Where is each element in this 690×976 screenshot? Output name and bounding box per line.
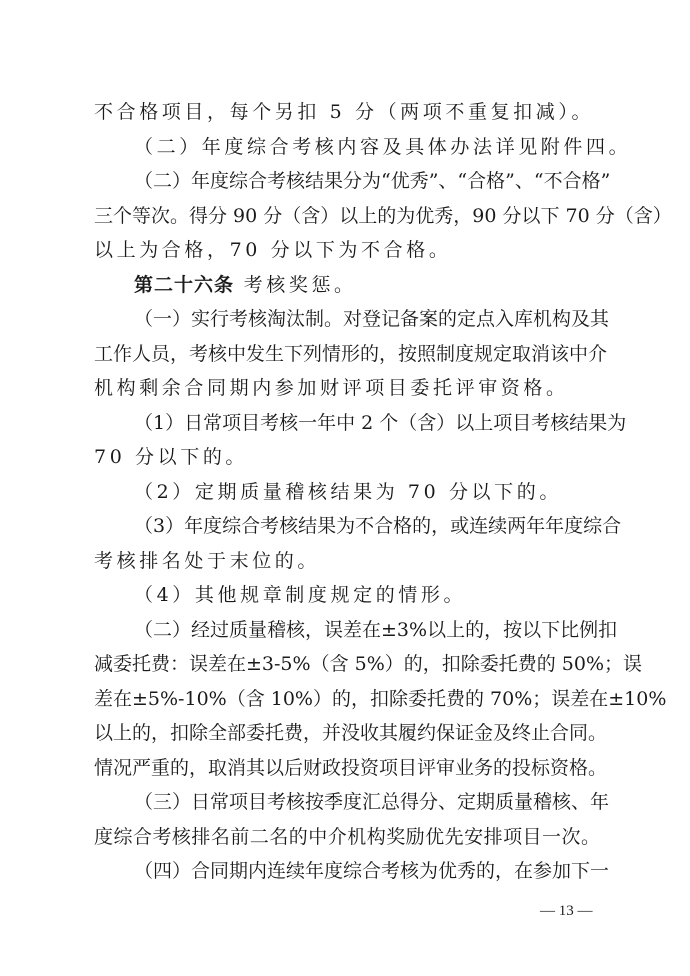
text-line: （四）合同期内连续年度综合考核为优秀的，在参加下一 [134, 856, 600, 886]
line-text: 差在±5%-10%（含 10%）的，扣除委托费的 70%；误差在±10% [94, 688, 666, 710]
article-heading-line: 第二十六条 考核奖惩。 [134, 270, 357, 300]
line-text: 情况严重的，取消其以后财政投资项目评审业务的投标资格。 [94, 757, 607, 779]
text-line: （2）定期质量稽核结果为 70 分以下的。 [134, 477, 562, 507]
line-text: （三）日常项目考核按季度汇总得分、定期质量稽核、年 [134, 791, 609, 813]
line-text: 70 分以下的。 [94, 446, 248, 468]
line-text: 三个等次。得分 90 分（含）以上的为优秀，90 分以下 70 分（含） [94, 205, 672, 227]
line-text: 考核奖惩。 [234, 274, 357, 296]
text-line: （三）日常项目考核按季度汇总得分、定期质量稽核、年 [134, 787, 600, 817]
line-text: 以上的，扣除全部委托费，并没收其履约保证金及终止合同。 [94, 722, 607, 744]
text-line: 不合格项目，每个另扣 5 分（两项不重复扣减）。 [94, 97, 594, 127]
line-text: （一）实行考核淘汰制。对登记备案的定点入库机构及其 [134, 308, 609, 330]
article-number: 第二十六条 [134, 274, 234, 296]
line-text: 不合格项目，每个另扣 5 分（两项不重复扣减）。 [94, 101, 594, 123]
text-line: 以上的，扣除全部委托费，并没收其履约保证金及终止合同。 [94, 718, 600, 748]
line-text: 考核排名处于末位的。 [94, 550, 320, 572]
line-text: （3）年度综合考核结果为不合格的，或连续两年年度综合 [134, 515, 621, 537]
text-line: （二）经过质量稽核，误差在±3%以上的，按以下比例扣 [134, 615, 600, 645]
page-number: — 13 — [540, 903, 593, 920]
text-line: 情况严重的，取消其以后财政投资项目评审业务的投标资格。 [94, 753, 600, 783]
line-text: （二）经过质量稽核，误差在±3%以上的，按以下比例扣 [134, 619, 617, 641]
text-line: 度综合考核排名前二名的中介机构奖励优先安排项目一次。 [94, 822, 600, 852]
line-text: 机构剩余合同期内参加财评项目委托评审资格。 [94, 377, 569, 399]
text-line: （3）年度综合考核结果为不合格的，或连续两年年度综合 [134, 511, 600, 541]
line-text: 工作人员，考核中发生下列情形的，按照制度规定取消该中介 [94, 343, 607, 365]
text-line: （1）日常项目考核一年中 2 个（含）以上项目考核结果为 [134, 408, 600, 438]
text-line: （二）年度综合考核结果分为“优秀”、“合格”、“不合格” [134, 166, 600, 196]
line-text: 度综合考核排名前二名的中介机构奖励优先安排项目一次。 [94, 826, 600, 848]
line-text: 减委托费：误差在±3-5%（含 5%）的，扣除委托费的 50%；误 [94, 653, 642, 675]
text-line: （4）其他规章制度规定的情形。 [134, 580, 466, 610]
text-line: 70 分以下的。 [94, 442, 248, 472]
line-text: （二）年度综合考核内容及具体办法详见附件四。 [134, 136, 631, 158]
text-line: （一）实行考核淘汰制。对登记备案的定点入库机构及其 [134, 304, 600, 334]
text-line: 机构剩余合同期内参加财评项目委托评审资格。 [94, 373, 569, 403]
line-text: （4）其他规章制度规定的情形。 [134, 584, 466, 606]
line-text: （四）合同期内连续年度综合考核为优秀的，在参加下一 [134, 860, 609, 882]
line-text: （二）年度综合考核结果分为“优秀”、“合格”、“不合格” [134, 170, 610, 192]
text-line: 减委托费：误差在±3-5%（含 5%）的，扣除委托费的 50%；误 [94, 649, 600, 679]
line-text: 以上为合格，70 分以下为不合格。 [94, 239, 451, 261]
text-line: 工作人员，考核中发生下列情形的，按照制度规定取消该中介 [94, 339, 600, 369]
text-line: 三个等次。得分 90 分（含）以上的为优秀，90 分以下 70 分（含） [94, 201, 600, 231]
text-line: （二）年度综合考核内容及具体办法详见附件四。 [134, 132, 631, 162]
text-line: 以上为合格，70 分以下为不合格。 [94, 235, 451, 265]
line-text: （2）定期质量稽核结果为 70 分以下的。 [134, 481, 562, 503]
text-line: 差在±5%-10%（含 10%）的，扣除委托费的 70%；误差在±10% [94, 684, 600, 714]
text-line: 考核排名处于末位的。 [94, 546, 320, 576]
line-text: （1）日常项目考核一年中 2 个（含）以上项目考核结果为 [134, 412, 626, 434]
